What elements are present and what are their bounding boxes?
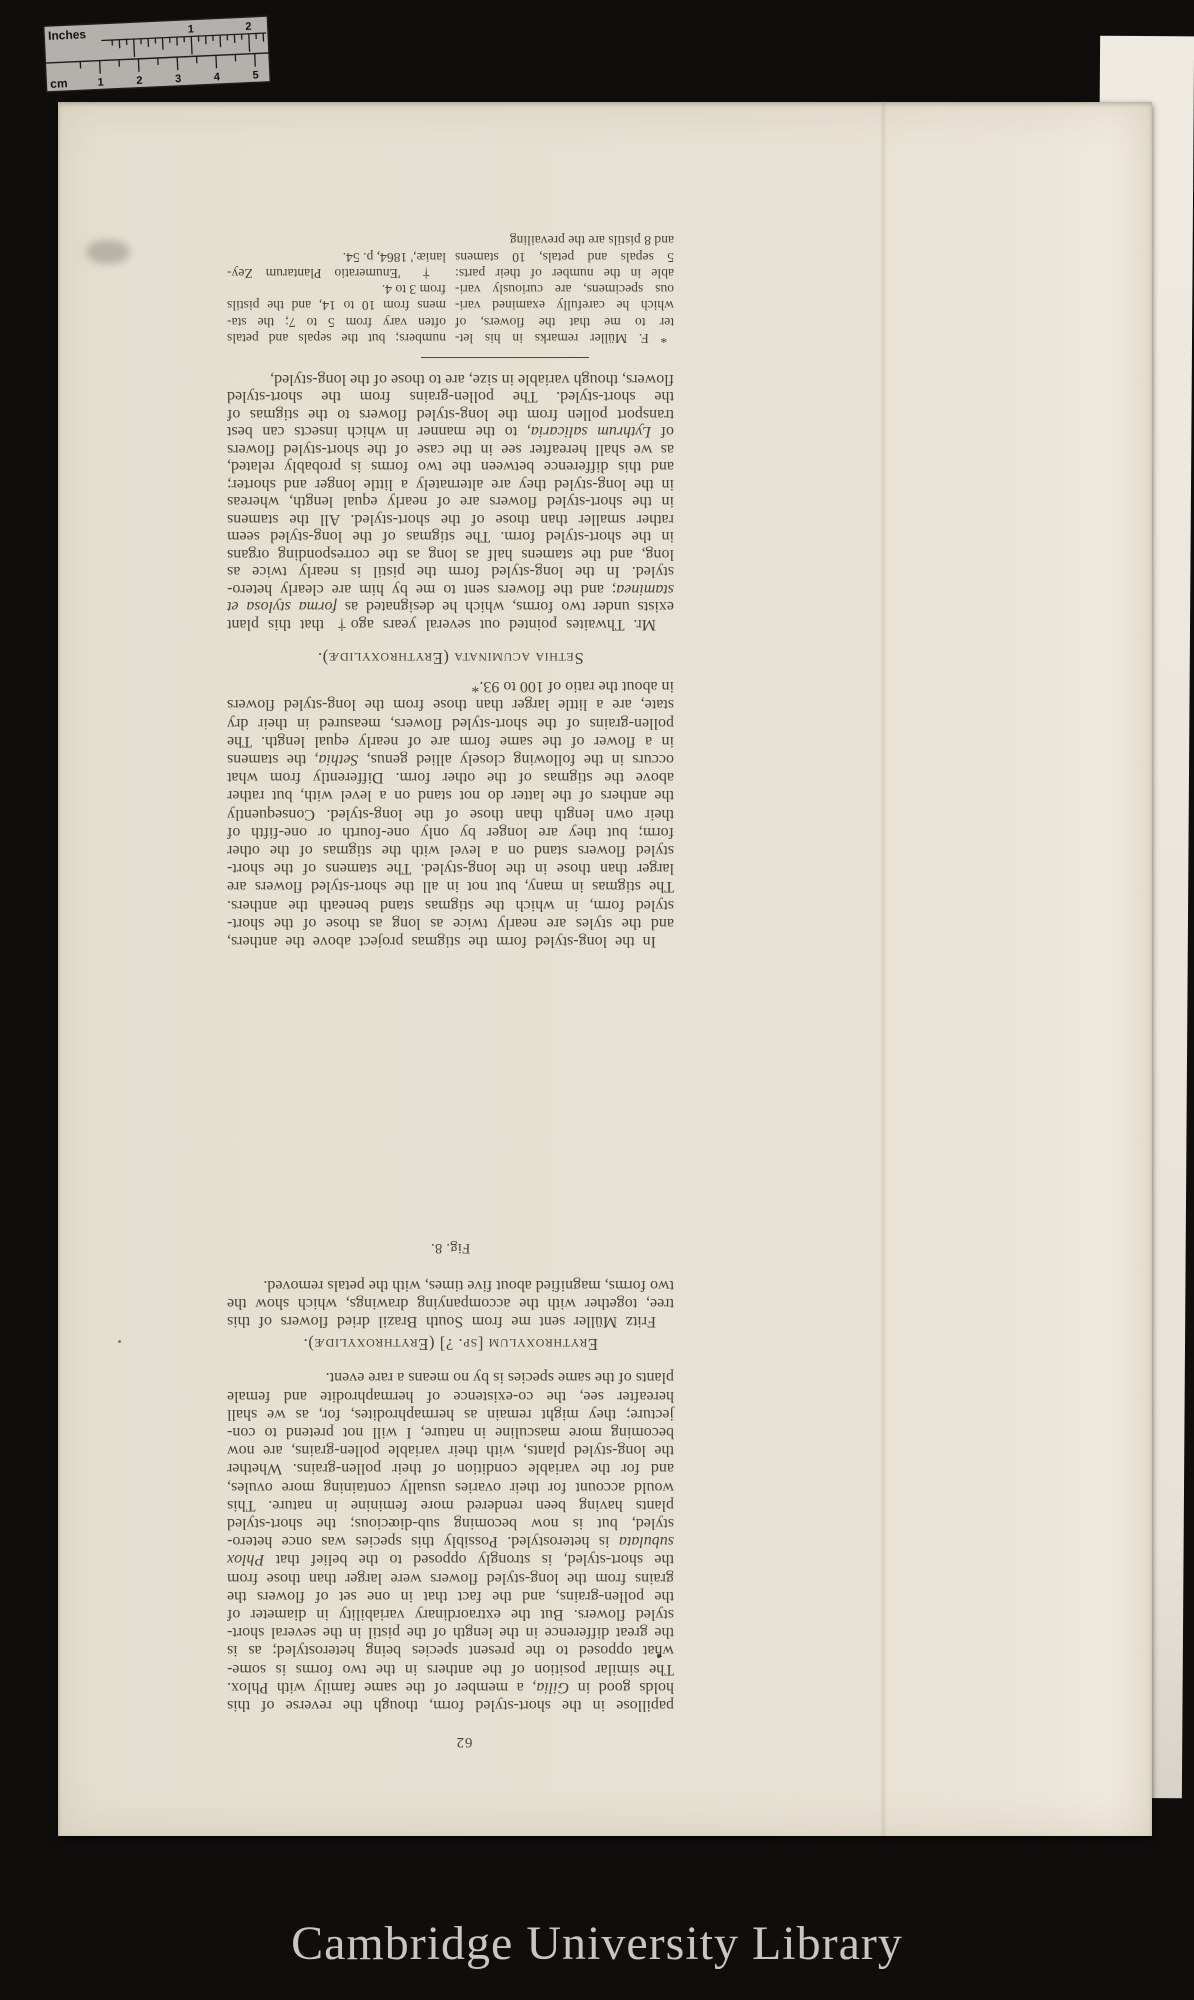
text-line: which he carefully examined vari- bbox=[455, 297, 674, 313]
text-line: two forms, magnified about five times, w… bbox=[227, 1275, 674, 1293]
text-line: transport pollen from the long-styled fl… bbox=[227, 406, 674, 424]
printed-text-column: 62 papillose in the short-styled form, t… bbox=[227, 102, 674, 1836]
text-line: † 'Enumeratio Plantarum Zey- bbox=[227, 265, 446, 281]
text-line: pollen-grains of the short-styled flower… bbox=[227, 713, 674, 731]
text-line: staminea; and the flowers sent to me by … bbox=[227, 581, 674, 599]
paragraph-long-styled: In the long-styled form the stigmas proj… bbox=[227, 677, 674, 950]
text-line: in the short-styled flowers are of nearl… bbox=[227, 493, 674, 511]
text-line: styled form, in which the stigmas stand … bbox=[227, 895, 674, 913]
svg-text:cm: cm bbox=[50, 76, 68, 91]
text-line: ous specimens, are curiously vari- bbox=[455, 281, 674, 297]
text-line: as we shall hereafter see in the case of… bbox=[227, 441, 674, 459]
text-line: in a flower of the same form are of near… bbox=[227, 732, 674, 750]
text-line: styled flowers. But the extraordinary va… bbox=[227, 1605, 674, 1623]
text-line: Fritz Müller sent me from South Brazil d… bbox=[227, 1312, 674, 1330]
svg-text:5: 5 bbox=[252, 69, 259, 81]
text-line: what opposed to the present species bein… bbox=[227, 1641, 674, 1659]
text-line: long, and the stamens half as long as th… bbox=[227, 546, 674, 564]
text-line: of Lythrum salicaria, to the manner in w… bbox=[227, 423, 674, 441]
footnote-column-2: numbers; but the sepals and petalsoften … bbox=[227, 232, 446, 346]
measurement-ruler: 12Inches12345cm bbox=[43, 15, 272, 93]
text-line: plants of the same species is by no mean… bbox=[227, 1368, 674, 1386]
ink-speck bbox=[657, 1654, 661, 1658]
text-line: jecture; they might remain as hermaphrod… bbox=[227, 1405, 674, 1423]
text-line: the anthers of the latter do not stand o… bbox=[227, 786, 674, 804]
paragraph-fritz-muller: Fritz Müller sent me from South Brazil d… bbox=[227, 1275, 674, 1330]
text-line: and for the variable condition of their … bbox=[227, 1459, 674, 1477]
scanned-page: 62 papillose in the short-styled form, t… bbox=[58, 102, 1152, 1836]
svg-text:1: 1 bbox=[97, 76, 104, 88]
text-line: styled. In the long-styled form the pist… bbox=[227, 563, 674, 581]
text-line: from 3 to 4. bbox=[227, 281, 446, 297]
page-crease bbox=[882, 102, 885, 1836]
text-line: styled, but is now becoming sub-diœcious… bbox=[227, 1514, 674, 1532]
text-line: In the long-styled form the stigmas proj… bbox=[227, 932, 674, 950]
paragraph-thwaites: Mr. Thwaites pointed out several years a… bbox=[227, 371, 674, 634]
text-line: the short-styled. The pollen-grains from… bbox=[227, 388, 674, 406]
text-line: ter to me that the flowers, of bbox=[455, 313, 674, 329]
text-line: and this difference between the two form… bbox=[227, 458, 674, 476]
text-line: exists under two forms, which he designa… bbox=[227, 598, 674, 616]
text-line: in the short-styled form. The stigmas of… bbox=[227, 528, 674, 546]
text-line: * F. Müller remarks in his let- bbox=[455, 330, 674, 346]
text-line: occurs in the following closely allied g… bbox=[227, 750, 674, 768]
library-watermark: Cambridge University Library bbox=[0, 1916, 1194, 1971]
text-line: mens from 10 to 14, and the pistils bbox=[227, 297, 446, 313]
text-line: becoming more masculine in nature, I wil… bbox=[227, 1423, 674, 1441]
text-line: their own length than those of the long-… bbox=[227, 804, 674, 822]
text-line: in about the ratio of 100 to 93.* bbox=[227, 677, 674, 695]
footnote-column-1: * F. Müller remarks in his let-ter to me… bbox=[455, 232, 674, 346]
text-line: often vary from 5 to 7; the sta- bbox=[227, 313, 446, 329]
text-line: above the stigmas of the other form. Dif… bbox=[227, 768, 674, 786]
figure-8-caption: Fig. 8. bbox=[227, 1239, 674, 1256]
text-line: rather smaller than those of the short-s… bbox=[227, 511, 674, 529]
ink-speck bbox=[118, 1340, 121, 1343]
text-line: Mr. Thwaites pointed out several years a… bbox=[227, 616, 674, 634]
text-line: and the styles are nearly twice as long … bbox=[227, 914, 674, 932]
text-line: larger than those in the long-styled. Th… bbox=[227, 859, 674, 877]
paper-smudge bbox=[86, 240, 130, 264]
text-line: styled flowers stand on a level with the… bbox=[227, 841, 674, 859]
svg-text:2: 2 bbox=[245, 21, 252, 33]
text-line: tree, together with the accompanying dra… bbox=[227, 1294, 674, 1312]
text-line: plants having been rendered more feminin… bbox=[227, 1496, 674, 1514]
svg-text:2: 2 bbox=[136, 75, 143, 87]
page-number: 62 bbox=[254, 1733, 674, 1750]
text-line: form; but they are longer by only one-fo… bbox=[227, 823, 674, 841]
text-line: state, are a little larger than those fr… bbox=[227, 695, 674, 713]
svg-text:Inches: Inches bbox=[48, 27, 87, 43]
text-line: would account for their ovaries usually … bbox=[227, 1477, 674, 1495]
ruler-scale-graphic: 12Inches12345cm bbox=[43, 15, 272, 93]
text-line: subulata is heterostyled. Possibly this … bbox=[227, 1532, 674, 1550]
text-line: able in the number of their parts: bbox=[455, 265, 674, 281]
paragraph-phlox-continuation: papillose in the short-styled form, thou… bbox=[227, 1368, 674, 1714]
text-line: The similar position of the anthers in t… bbox=[227, 1659, 674, 1677]
text-line: papillose in the short-styled form, thou… bbox=[227, 1696, 674, 1714]
svg-text:3: 3 bbox=[175, 73, 182, 85]
heading-sethia: Sethia acuminata (Erythroxylidæ). bbox=[227, 648, 674, 668]
text-line: The stigmas in many, but not in all the … bbox=[227, 877, 674, 895]
text-line: the long-styled plants, with their varia… bbox=[227, 1441, 674, 1459]
text-line: 5 sepals and petals, 10 stamens bbox=[455, 248, 674, 264]
footnote-block: * F. Müller remarks in his let-ter to me… bbox=[227, 232, 674, 346]
text-line: holds good in Gilia, a member of the sam… bbox=[227, 1678, 674, 1696]
text-line: in the long-styled they are alternately … bbox=[227, 476, 674, 494]
page-content-upside-down: 62 papillose in the short-styled form, t… bbox=[58, 102, 1152, 1836]
text-line: and 8 pistils are the prevailing bbox=[455, 232, 674, 248]
text-line: the pollen-grains, and the fact that in … bbox=[227, 1587, 674, 1605]
text-line: hereafter see, the co-existence of herma… bbox=[227, 1386, 674, 1404]
text-line: the short-styled, is strongly opposed to… bbox=[227, 1550, 674, 1568]
heading-erythroxylum: Erythroxylum [sp. ?] (Erythroxylidæ). bbox=[227, 1334, 674, 1354]
text-line: the great difference in the length of th… bbox=[227, 1623, 674, 1641]
text-line: grains from the long-styled flowers were… bbox=[227, 1568, 674, 1586]
footnote-rule bbox=[421, 357, 589, 358]
library-scan-background: 62 papillose in the short-styled form, t… bbox=[0, 0, 1194, 2000]
text-line: flowers, though variable in size, are to… bbox=[227, 371, 674, 389]
svg-text:1: 1 bbox=[188, 23, 195, 35]
text-line: numbers; but the sepals and petals bbox=[227, 330, 446, 346]
text-line: laniæ,' 1864, p. 54. bbox=[227, 248, 446, 264]
